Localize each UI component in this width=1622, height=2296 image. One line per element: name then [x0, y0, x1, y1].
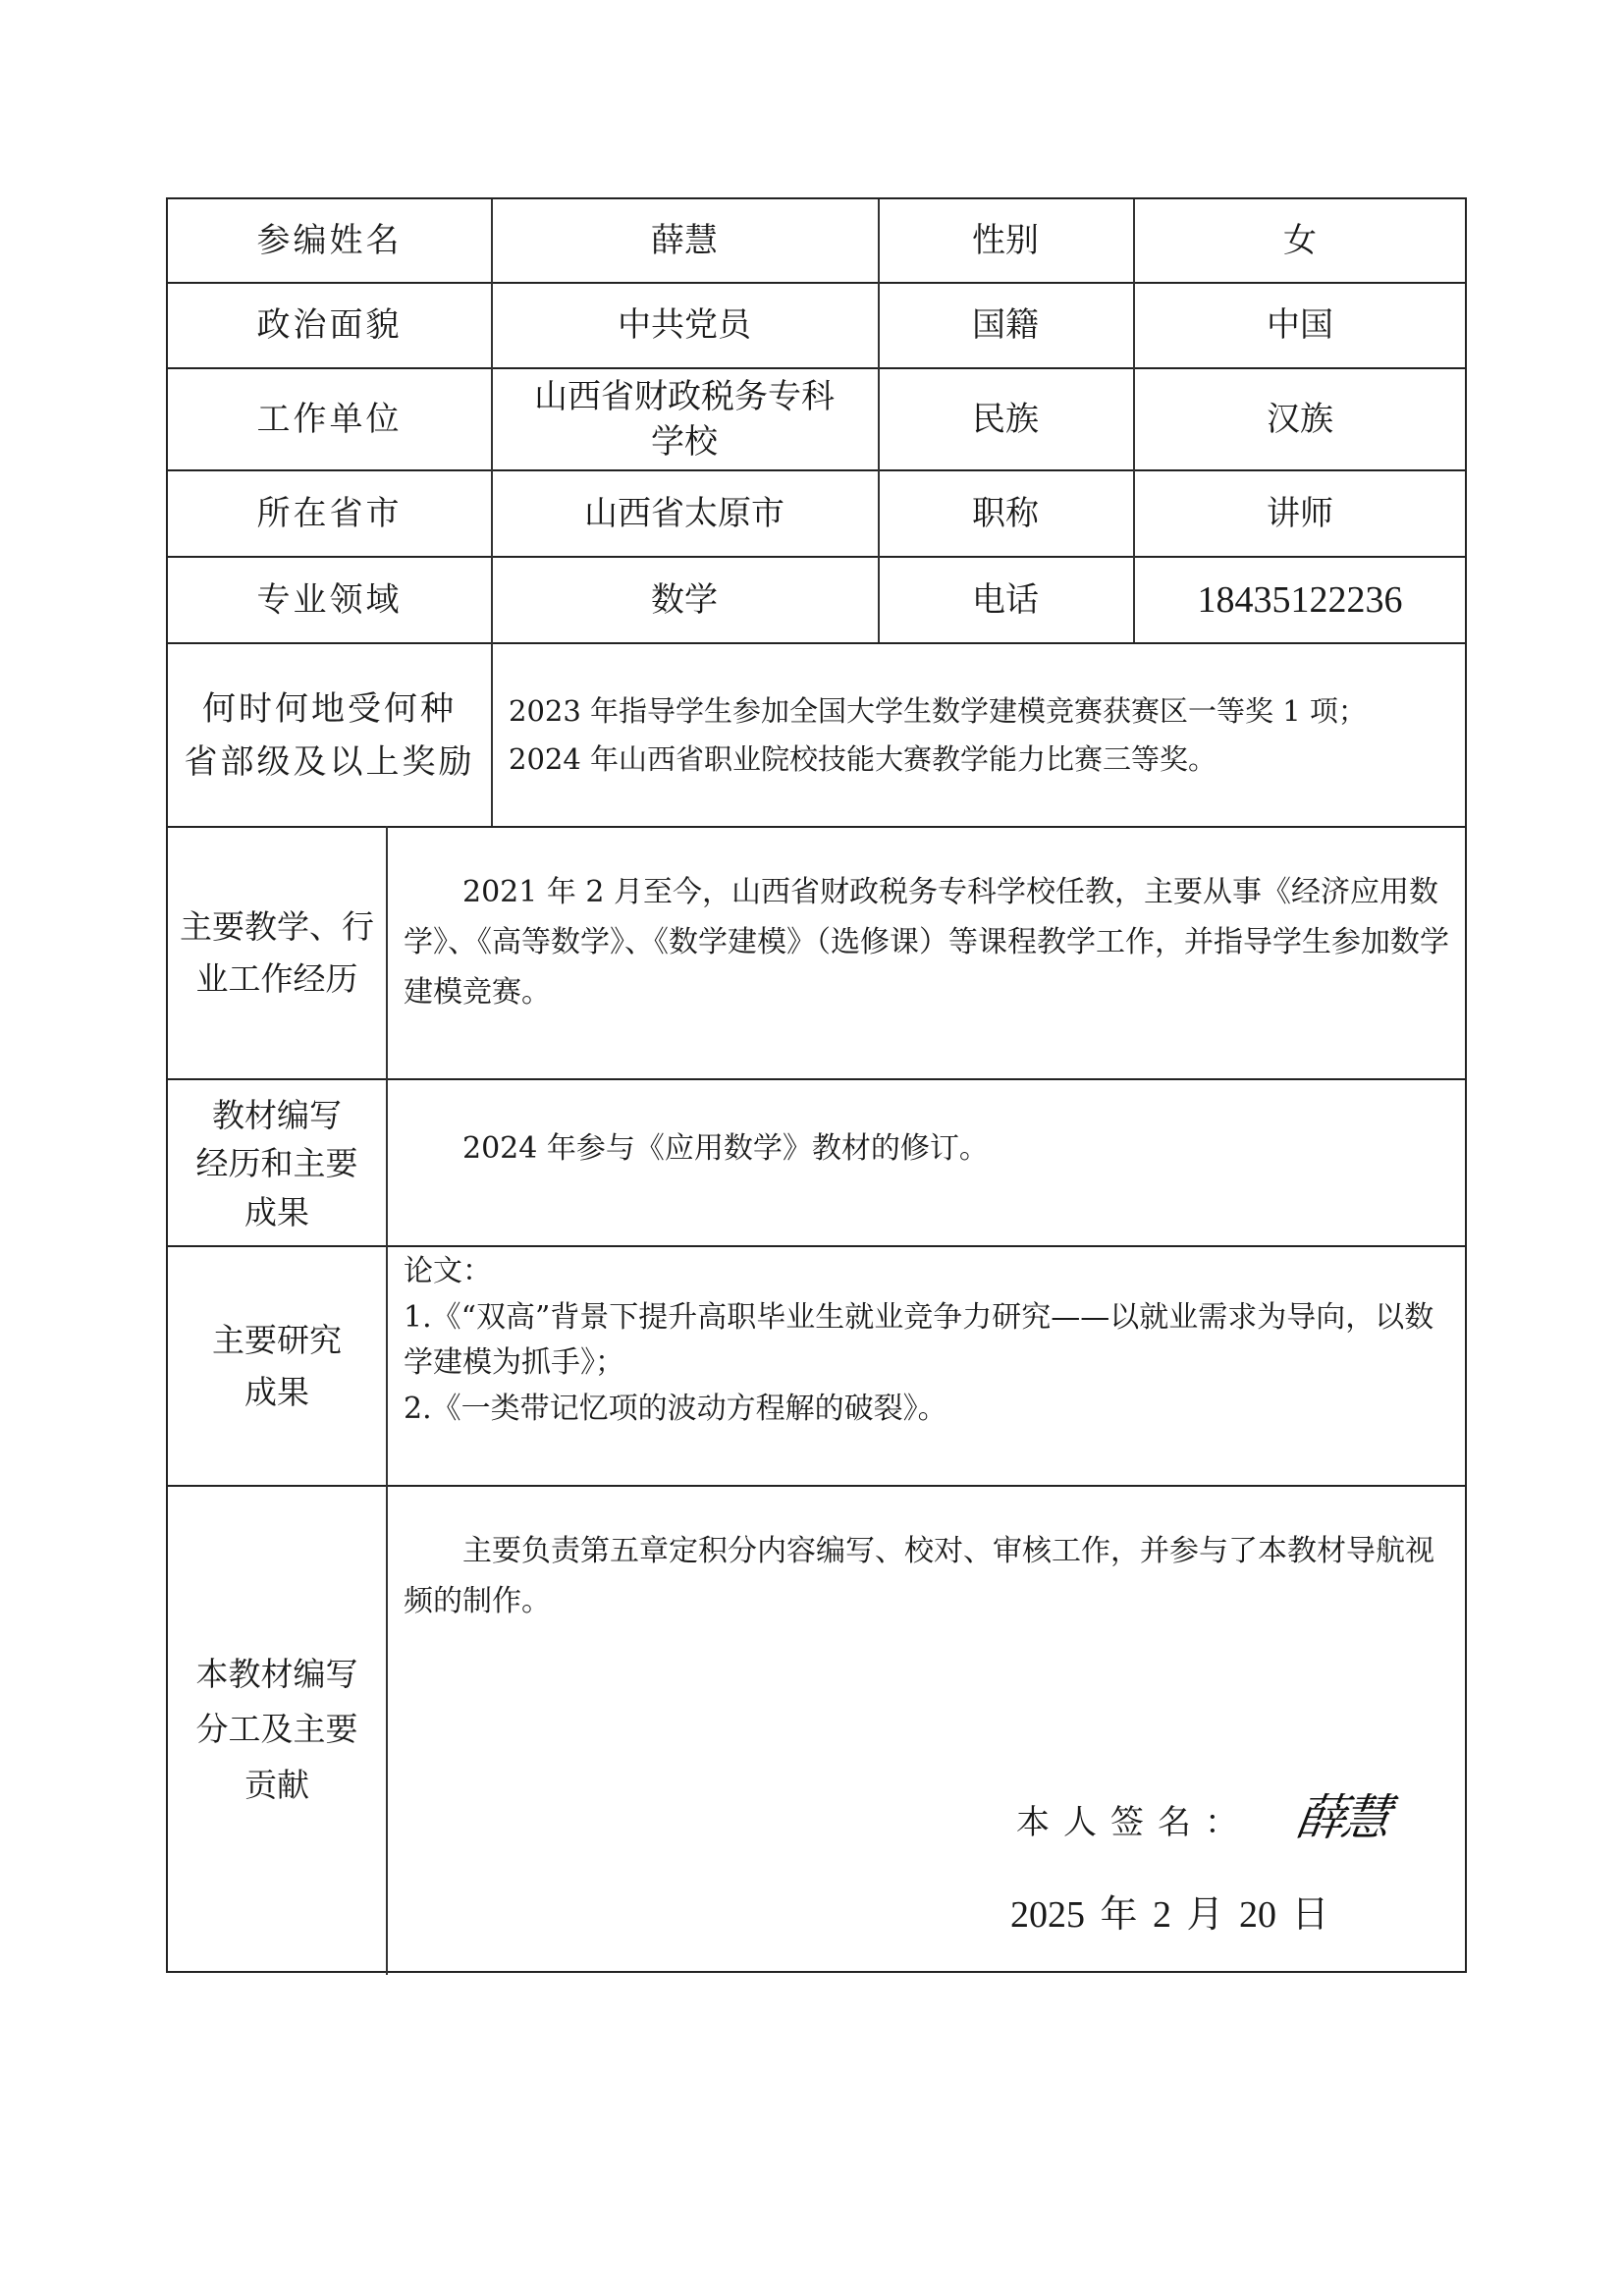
value-phone: 18435122236 — [1133, 558, 1467, 643]
value-nationality: 中国 — [1133, 284, 1467, 368]
label-political-status: 政治面貌 — [168, 284, 491, 368]
label-location: 所在省市 — [168, 471, 491, 557]
value-name: 薛慧 — [491, 199, 878, 284]
label-phone: 电话 — [878, 558, 1133, 643]
label-experience: 主要教学、行 业工作经历 — [168, 828, 386, 1079]
research-item: 1.《“双高”背景下提升高职毕业生就业竞争力研究——以就业需求为导向，以数学建模… — [404, 1295, 1453, 1387]
signature-label: 本人签名： — [1016, 1795, 1252, 1843]
label-title: 职称 — [878, 471, 1133, 557]
value-title: 讲师 — [1133, 471, 1467, 557]
label-name: 参编姓名 — [168, 199, 491, 284]
awards-content: 2023 年指导学生参加全国大学生数学建模竞赛获赛区一等奖 1 项； 2024 … — [493, 644, 1467, 827]
value-specialty: 数学 — [491, 558, 878, 643]
award-item: 2023 年指导学生参加全国大学生数学建模竞赛获赛区一等奖 1 项； — [509, 687, 1367, 736]
value-employer-line2: 学校 — [651, 420, 718, 465]
textbook-history-content: 2024 年参与《应用数学》教材的修订。 — [388, 1080, 1467, 1247]
value-location: 山西省太原市 — [491, 471, 878, 557]
signature-date: 2025 年 2 月 20 日 — [1010, 1884, 1329, 1938]
label-ethnicity: 民族 — [878, 369, 1133, 470]
value-ethnicity: 汉族 — [1133, 369, 1467, 470]
research-content: 论文： 1.《“双高”背景下提升高职毕业生就业竞争力研究——以就业需求为导向，以… — [388, 1247, 1467, 1486]
research-item: 2.《一类带记忆项的波动方程解的破裂》。 — [404, 1387, 1453, 1433]
label-awards: 何时何地受何种 省部级及以上奖励 — [168, 644, 491, 827]
experience-content: 2021 年 2 月至今，山西省财政税务专科学校任教，主要从事《经济应用数学》、… — [388, 828, 1467, 1079]
document-page: 参编姓名 薛慧 性别 女 政治面貌 中共党员 国籍 中国 工作单位 山西省财政税… — [0, 0, 1622, 2296]
value-political-status: 中共党员 — [491, 284, 878, 368]
label-research: 主要研究 成果 — [168, 1247, 386, 1486]
label-gender: 性别 — [878, 199, 1133, 284]
research-heading: 论文： — [404, 1249, 1453, 1295]
label-specialty: 专业领域 — [168, 558, 491, 643]
handwritten-signature: 薛慧 — [1292, 1778, 1392, 1849]
label-employer: 工作单位 — [168, 369, 491, 470]
value-employer: 山西省财政税务专科 学校 — [491, 369, 878, 470]
label-textbook-history: 教材编写 经历和主要 成果 — [168, 1080, 386, 1247]
award-item: 2024 年山西省职业院校技能大赛教学能力比赛三等奖。 — [509, 736, 1367, 784]
label-contribution: 本教材编写 分工及主要 贡献 — [168, 1487, 386, 1973]
label-nationality: 国籍 — [878, 284, 1133, 368]
value-gender: 女 — [1133, 199, 1467, 284]
contributor-info-table: 参编姓名 薛慧 性别 女 政治面貌 中共党员 国籍 中国 工作单位 山西省财政税… — [166, 197, 1467, 1973]
value-employer-line1: 山西省财政税务专科 — [534, 375, 835, 420]
